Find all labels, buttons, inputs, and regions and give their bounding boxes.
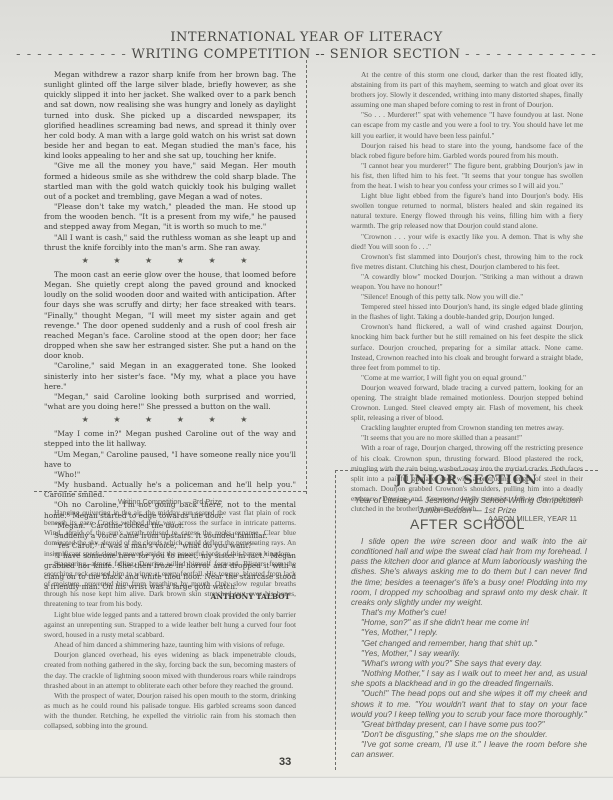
header-dashes-right: - - - - - - - - - - - - - xyxy=(465,47,597,62)
header-subtitle-text: WRITING COMPETITION -- SENIOR SECTION xyxy=(131,47,460,62)
junior-subtitle-line2: Junior Section — 1st Prize xyxy=(345,505,590,515)
paragraph: "Who!" xyxy=(44,470,296,480)
page-number: 33 xyxy=(279,756,291,768)
paragraph: "I cannot hear you murderer!" The figure… xyxy=(351,161,583,191)
paragraph: "So . . . Murderer!" spat with vehemence… xyxy=(351,110,583,140)
paragraph: "Great birthday present, can I have some… xyxy=(351,720,587,730)
paragraph: Tempered steel hissed into Dourjon's han… xyxy=(351,302,583,322)
paragraph: "Ouch!" The head pops out and she wipes … xyxy=(351,689,587,719)
paragraph: "Home, son?" as if she didn't hear me co… xyxy=(351,618,587,628)
page-header: INTERNATIONAL YEAR OF LITERACY - - - - -… xyxy=(0,30,613,62)
paragraph: Megan withdrew a razor sharp knife from … xyxy=(44,70,296,161)
page-edge xyxy=(0,777,613,800)
paragraph: With the prospect of water, Dourjon rais… xyxy=(44,691,296,732)
paragraph: "Megan," said Caroline looking both surp… xyxy=(44,392,296,412)
column-divider-vertical xyxy=(306,60,307,494)
paragraph: "Nothing Mother," I say as I walk out to… xyxy=(351,669,587,689)
header-title: INTERNATIONAL YEAR OF LITERACY xyxy=(0,30,613,45)
paragraph: "It seems that you are no more skilled t… xyxy=(351,433,583,443)
header-dashes-left: - - - - - - - - - - - xyxy=(16,47,127,62)
story-dourjon-part1: Hanging quivering in the air, the midday… xyxy=(44,508,296,731)
junior-subtitle-line1: Year of Literacy — Jesmond High School W… xyxy=(345,495,590,505)
paragraph: "Don't be disgusting," she slaps me on t… xyxy=(351,730,587,740)
star-separator: ★ ★ ★ ★ ★ ★ xyxy=(44,256,296,266)
paragraph: "May I come in?" Megan pushed Caroline o… xyxy=(44,429,296,449)
paragraph: Light blue light ebbed from the figure's… xyxy=(351,191,583,231)
story-dourjon-part2: At the centre of this storm one cloud, d… xyxy=(351,70,583,524)
paragraph: Dourjon raised his head to stare into th… xyxy=(351,141,583,161)
junior-section-title: JUNIOR SECTION xyxy=(335,473,598,488)
paragraph: "Yes, Mother," I reply. xyxy=(351,628,587,638)
third-prize-heading: Writing Competition — 3rd Prize xyxy=(44,497,296,506)
paragraph: "Please don't take my watch," pleaded th… xyxy=(44,202,296,232)
paragraph: Crackling laughter erupted from Crownon … xyxy=(351,423,583,433)
junior-box-top-border xyxy=(335,470,598,471)
paragraph: I slide open the wire screen door and wa… xyxy=(351,537,587,608)
star-separator: ★ ★ ★ ★ ★ ★ xyxy=(44,415,296,425)
paragraph: Ahead of him danced a shimmering haze, t… xyxy=(44,640,296,650)
paragraph: Light blue wide legged pants and a tatte… xyxy=(44,610,296,640)
paragraph: Crownon's fist slammed into Dourjon's ch… xyxy=(351,252,583,272)
paragraph: "Get changed and remember, hang that shi… xyxy=(351,639,587,649)
paragraph: "What's wrong with you?" She says that e… xyxy=(351,659,587,669)
paragraph: "Come at me warrior, I will fight you on… xyxy=(351,373,583,383)
paragraph: That's my Mother's cue! xyxy=(351,608,587,618)
junior-subtitle: Year of Literacy — Jesmond High School W… xyxy=(345,495,590,515)
story-after-school: I slide open the wire screen door and wa… xyxy=(351,537,587,760)
paragraph: Staggering, almost falling, Dourjon will… xyxy=(44,559,296,610)
paragraph: "I've got some cream, I'll use it." I le… xyxy=(351,740,587,760)
paragraph: At the centre of this storm one cloud, d… xyxy=(351,70,583,110)
paragraph: "Crownon . . . your wife is exactly like… xyxy=(351,232,583,252)
paragraph: Dourjon weaved forward, blade tracing a … xyxy=(351,383,583,423)
junior-story-title: AFTER SCHOOL xyxy=(345,516,590,532)
paragraph: Crownon's hand flickered, a wall of wind… xyxy=(351,322,583,372)
paragraph: "All I want is cash," said the ruthless … xyxy=(44,233,296,253)
junior-box-left-border xyxy=(335,470,336,770)
paragraph: "Um Megan," Caroline paused, "I have som… xyxy=(44,450,296,470)
paragraph: Dourjon glanced overhead, his eyes widen… xyxy=(44,650,296,691)
paragraph: "Give me all the money you have," said M… xyxy=(44,161,296,202)
paragraph: "A cowardly blow" mocked Dourjon. "Strik… xyxy=(351,272,583,292)
paragraph: "Yes, Mother," I say wearily. xyxy=(351,649,587,659)
paragraph: "Silence! Enough of this petty talk. Now… xyxy=(351,292,583,302)
paragraph: "Caroline," said Megan in an exaggerated… xyxy=(44,361,296,391)
paragraph: The moon cast an eerie glow over the hou… xyxy=(44,270,296,361)
paragraph: Hanging quivering in the air, the midday… xyxy=(44,508,296,559)
